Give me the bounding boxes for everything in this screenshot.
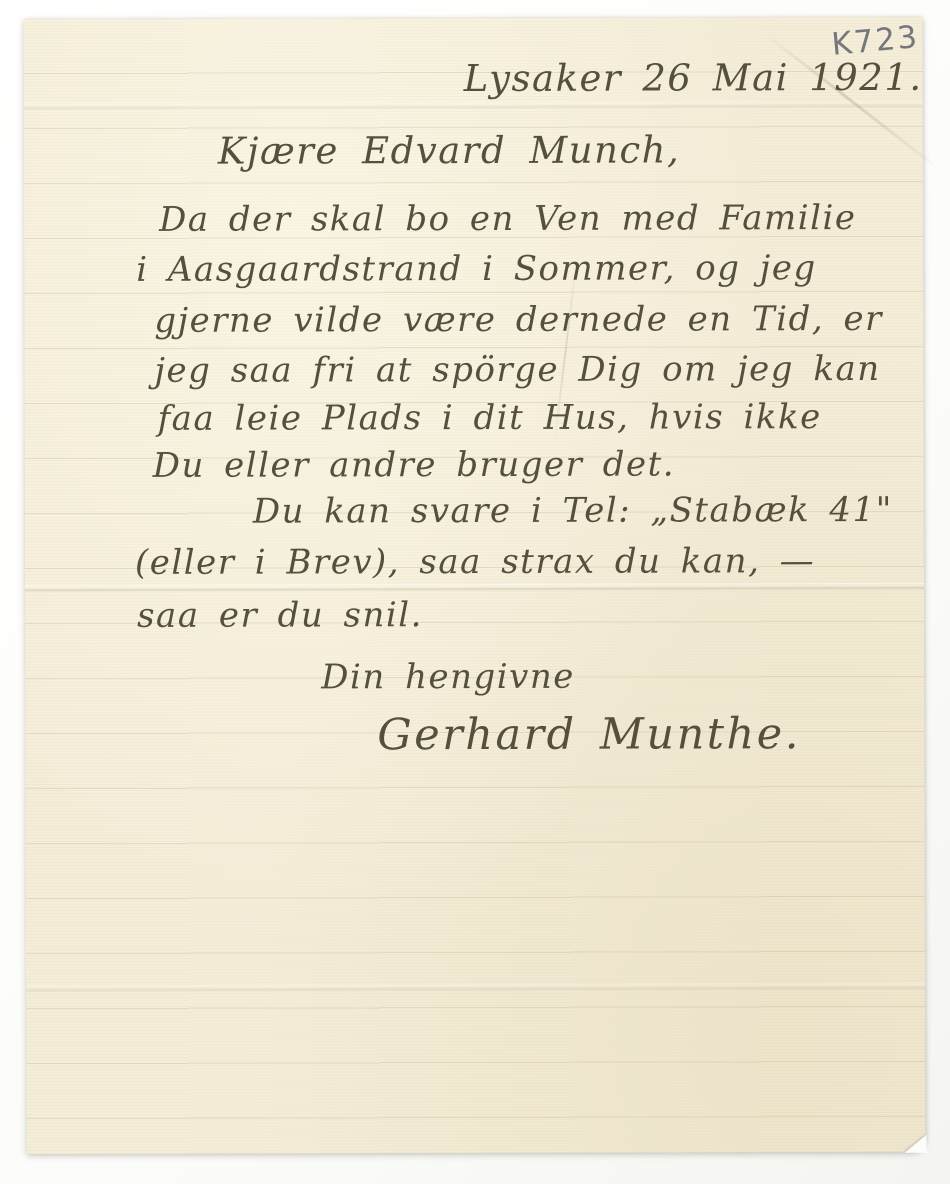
letter-closing: Din hengivne: [321, 660, 575, 695]
fold-crease-middle: [25, 583, 924, 592]
letter-signature: Gerhard Munthe.: [377, 713, 801, 757]
letter-body-line: saa er du snil.: [137, 598, 423, 633]
fold-crease-top: [24, 101, 923, 110]
dog-ear-corner: [904, 1135, 926, 1153]
letter-salutation: Kjære Edvard Munch,: [218, 131, 680, 169]
letter-body-line: jeg saa fri at spörge Dig om jeg kan: [154, 352, 880, 388]
fold-crease-bottom: [26, 983, 925, 992]
letter-paper: K723 Lysaker 26 Mai 1921. Kjære Edvard M…: [24, 17, 926, 1154]
letter-body-line: (eller i Brev), saa strax du kan, —: [135, 544, 815, 580]
letter-body-line: faa leie Plads i dit Hus, hvis ikke: [158, 400, 822, 436]
letter-body-line: Du eller andre bruger det.: [153, 447, 675, 482]
letter-body-line: i Aasgaardstrand i Sommer, og jeg: [136, 251, 817, 287]
letter-dateline: Lysaker 26 Mai 1921.: [464, 59, 923, 97]
letter-body-line: Du kan svare i Tel: „Stabæk 41": [253, 493, 893, 529]
letter-body-line: Da der skal bo en Ven med Familie: [159, 201, 856, 237]
letter-body-line: gjerne vilde være dernede en Tid, er: [154, 302, 883, 338]
